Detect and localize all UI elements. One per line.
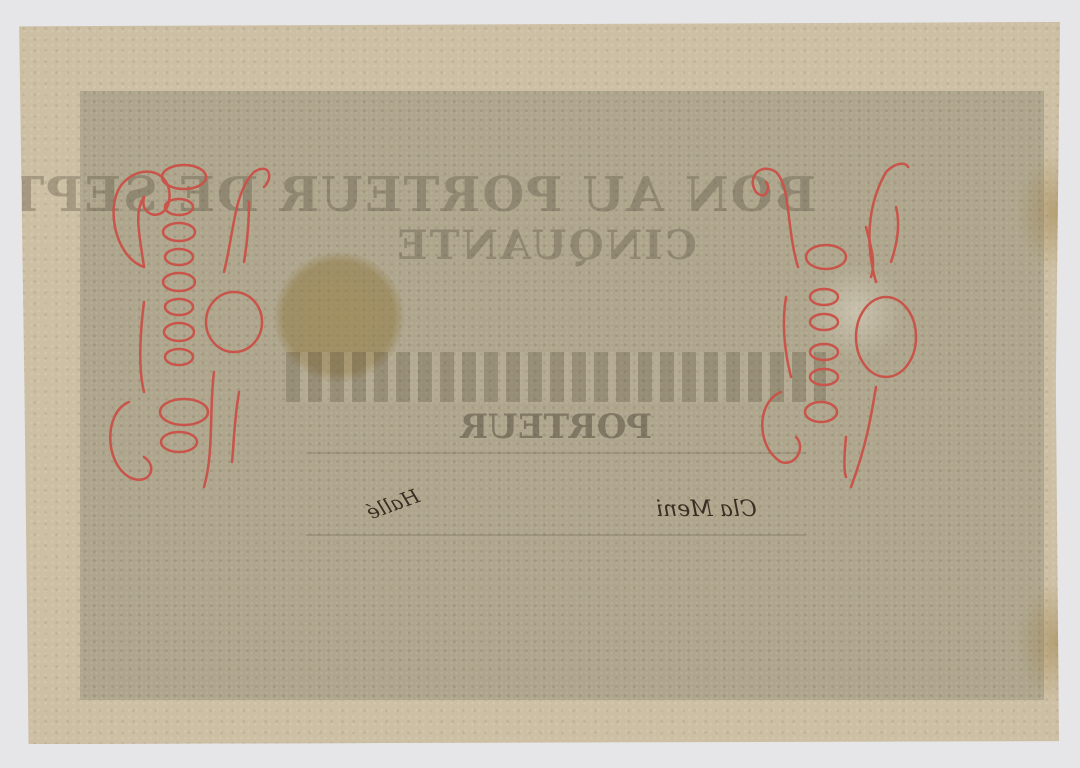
mirrored-band-text: PORTEUR (316, 407, 796, 447)
red-flourish-left (84, 142, 284, 502)
red-flourish-right (726, 147, 926, 507)
banknote-sheet: BON AU PORTEUR DE SEPT CINQUANTE PORTEUR… (16, 22, 1060, 744)
mirrored-header-line2: CINQUANTE (296, 222, 796, 269)
